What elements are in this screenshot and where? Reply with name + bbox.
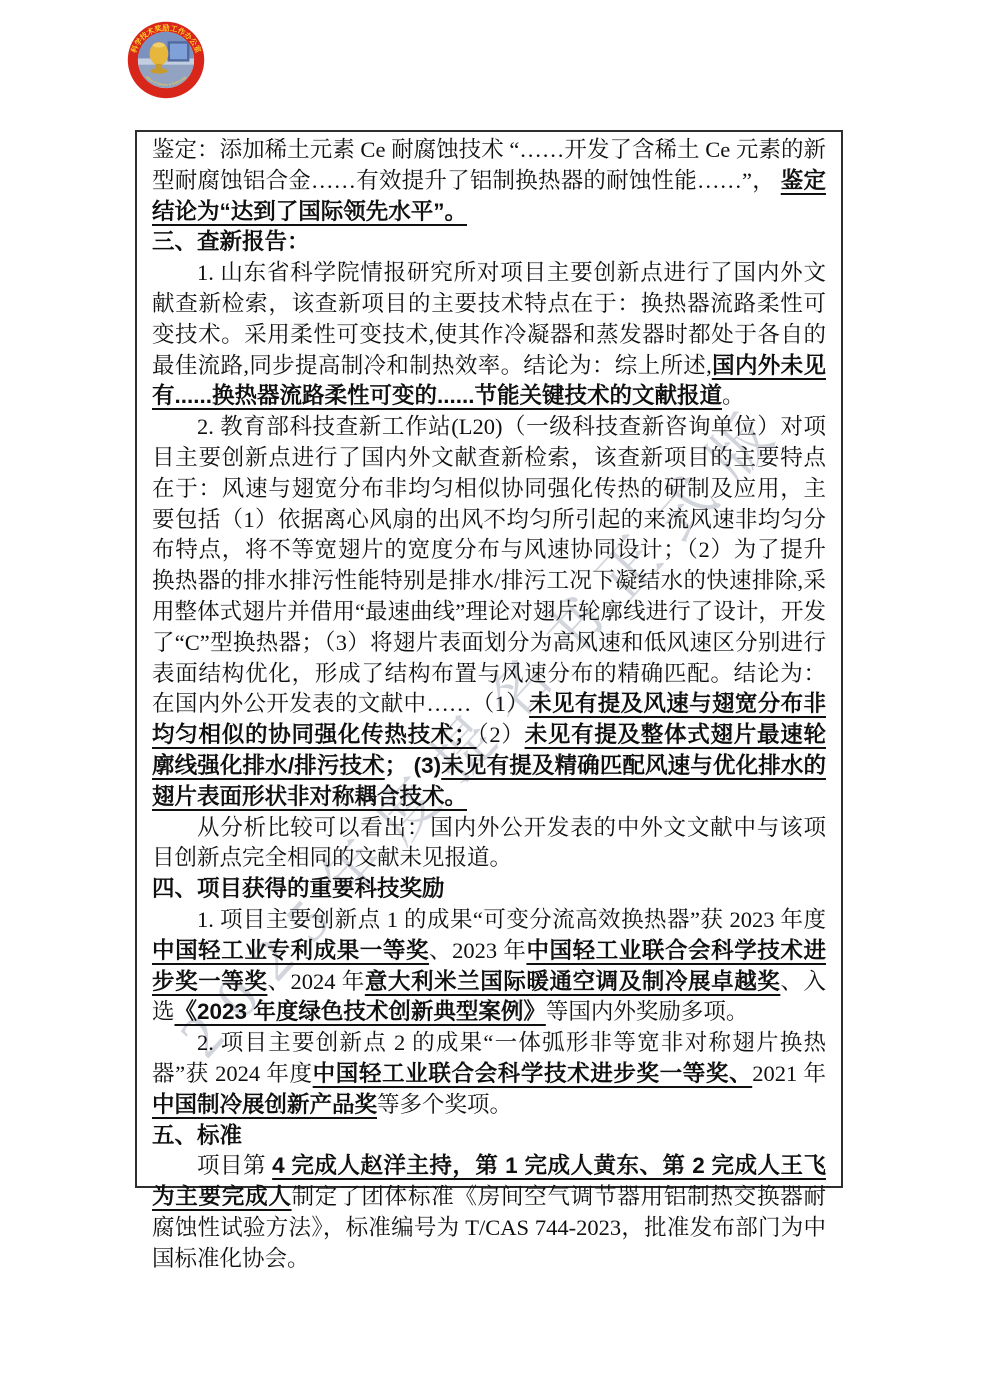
text-segment: 等多个奖项。	[377, 1092, 512, 1117]
text-segment: 。	[722, 383, 745, 408]
text-segment: 中国轻工业专利成果一等奖	[152, 938, 429, 963]
text-segment: 项目第	[197, 1153, 272, 1178]
document-body: 鉴定：添加稀土元素 Ce 耐腐蚀技术 “……开发了含稀土 Ce 元素的新型耐腐蚀…	[152, 135, 826, 1274]
text-segment: 中国制冷展创新产品奖	[152, 1092, 377, 1117]
logo-seal-icon: 科学技术奖励工作办公室 Office of Science & Technolo…	[127, 21, 205, 99]
text-segment: 等国内外奖励多项。	[546, 999, 749, 1024]
seal-photo	[138, 32, 194, 88]
text-segment: 三、查新报告：	[152, 229, 310, 254]
paragraph: 从分析比较可以看出：国内外公开发表的中外文文献中与该项目创新点完全相同的文献未见…	[152, 813, 826, 875]
section-heading: 五、标准	[152, 1121, 826, 1152]
text-segment: 意大利米兰国际暖通空调及制冷展卓越奖	[365, 969, 781, 994]
paragraph: 1. 山东省科学院情报研究所对项目主要创新点进行了国内外文献查新检索，该查新项目…	[152, 258, 826, 412]
section-heading: 三、查新报告：	[152, 227, 826, 258]
award-office-logo: 科学技术奖励工作办公室 Office of Science & Technolo…	[127, 21, 205, 99]
text-segment: 《2023 年度绿色技术创新典型案例》	[175, 999, 546, 1024]
text-segment: 2021 年	[752, 1061, 826, 1086]
text-segment: 、2023 年	[429, 938, 526, 963]
text-segment: 从分析比较可以看出：国内外公开发表的中外文文献中与该项目创新点完全相同的文献未见…	[152, 815, 826, 871]
text-segment: 2. 教育部科技查新工作站(L20)（一级科技查新咨询单位）对项目主要创新点进行…	[152, 414, 826, 716]
text-segment: 五、标准	[152, 1123, 242, 1148]
text-segment: ； (3)	[385, 753, 441, 778]
paragraph: 项目第 4 完成人赵洋主持，第 1 完成人黄东、第 2 完成人王飞为主要完成人制…	[152, 1151, 826, 1274]
text-segment: 四、项目获得的重要科技奖励	[152, 876, 445, 901]
text-segment: （2）	[477, 722, 525, 747]
paragraph: 1. 项目主要创新点 1 的成果“可变分流高效换热器”获 2023 年度中国轻工…	[152, 905, 826, 1028]
document-box: 鉴定：添加稀土元素 Ce 耐腐蚀技术 “……开发了含稀土 Ce 元素的新型耐腐蚀…	[135, 130, 843, 1188]
paragraph: 2. 项目主要创新点 2 的成果“一体弧形非等宽非对称翅片换热器”获 2024 …	[152, 1028, 826, 1120]
paragraph: 2. 教育部科技查新工作站(L20)（一级科技查新咨询单位）对项目主要创新点进行…	[152, 412, 826, 812]
paragraph: 鉴定：添加稀土元素 Ce 耐腐蚀技术 “……开发了含稀土 Ce 元素的新型耐腐蚀…	[152, 135, 826, 227]
text-segment: 中国轻工业联合会科学技术进步奖一等奖、	[313, 1061, 753, 1086]
page: 科学技术奖励工作办公室 Office of Science & Technolo…	[0, 0, 990, 1399]
section-heading: 四、项目获得的重要科技奖励	[152, 874, 826, 905]
text-segment: 、2024 年	[267, 969, 364, 994]
text-segment: 鉴定：添加稀土元素 Ce 耐腐蚀技术 “……开发了含稀土 Ce 元素的新型耐腐蚀…	[152, 137, 826, 193]
text-segment: 1. 项目主要创新点 1 的成果“可变分流高效换热器”获 2023 年度	[197, 907, 826, 932]
